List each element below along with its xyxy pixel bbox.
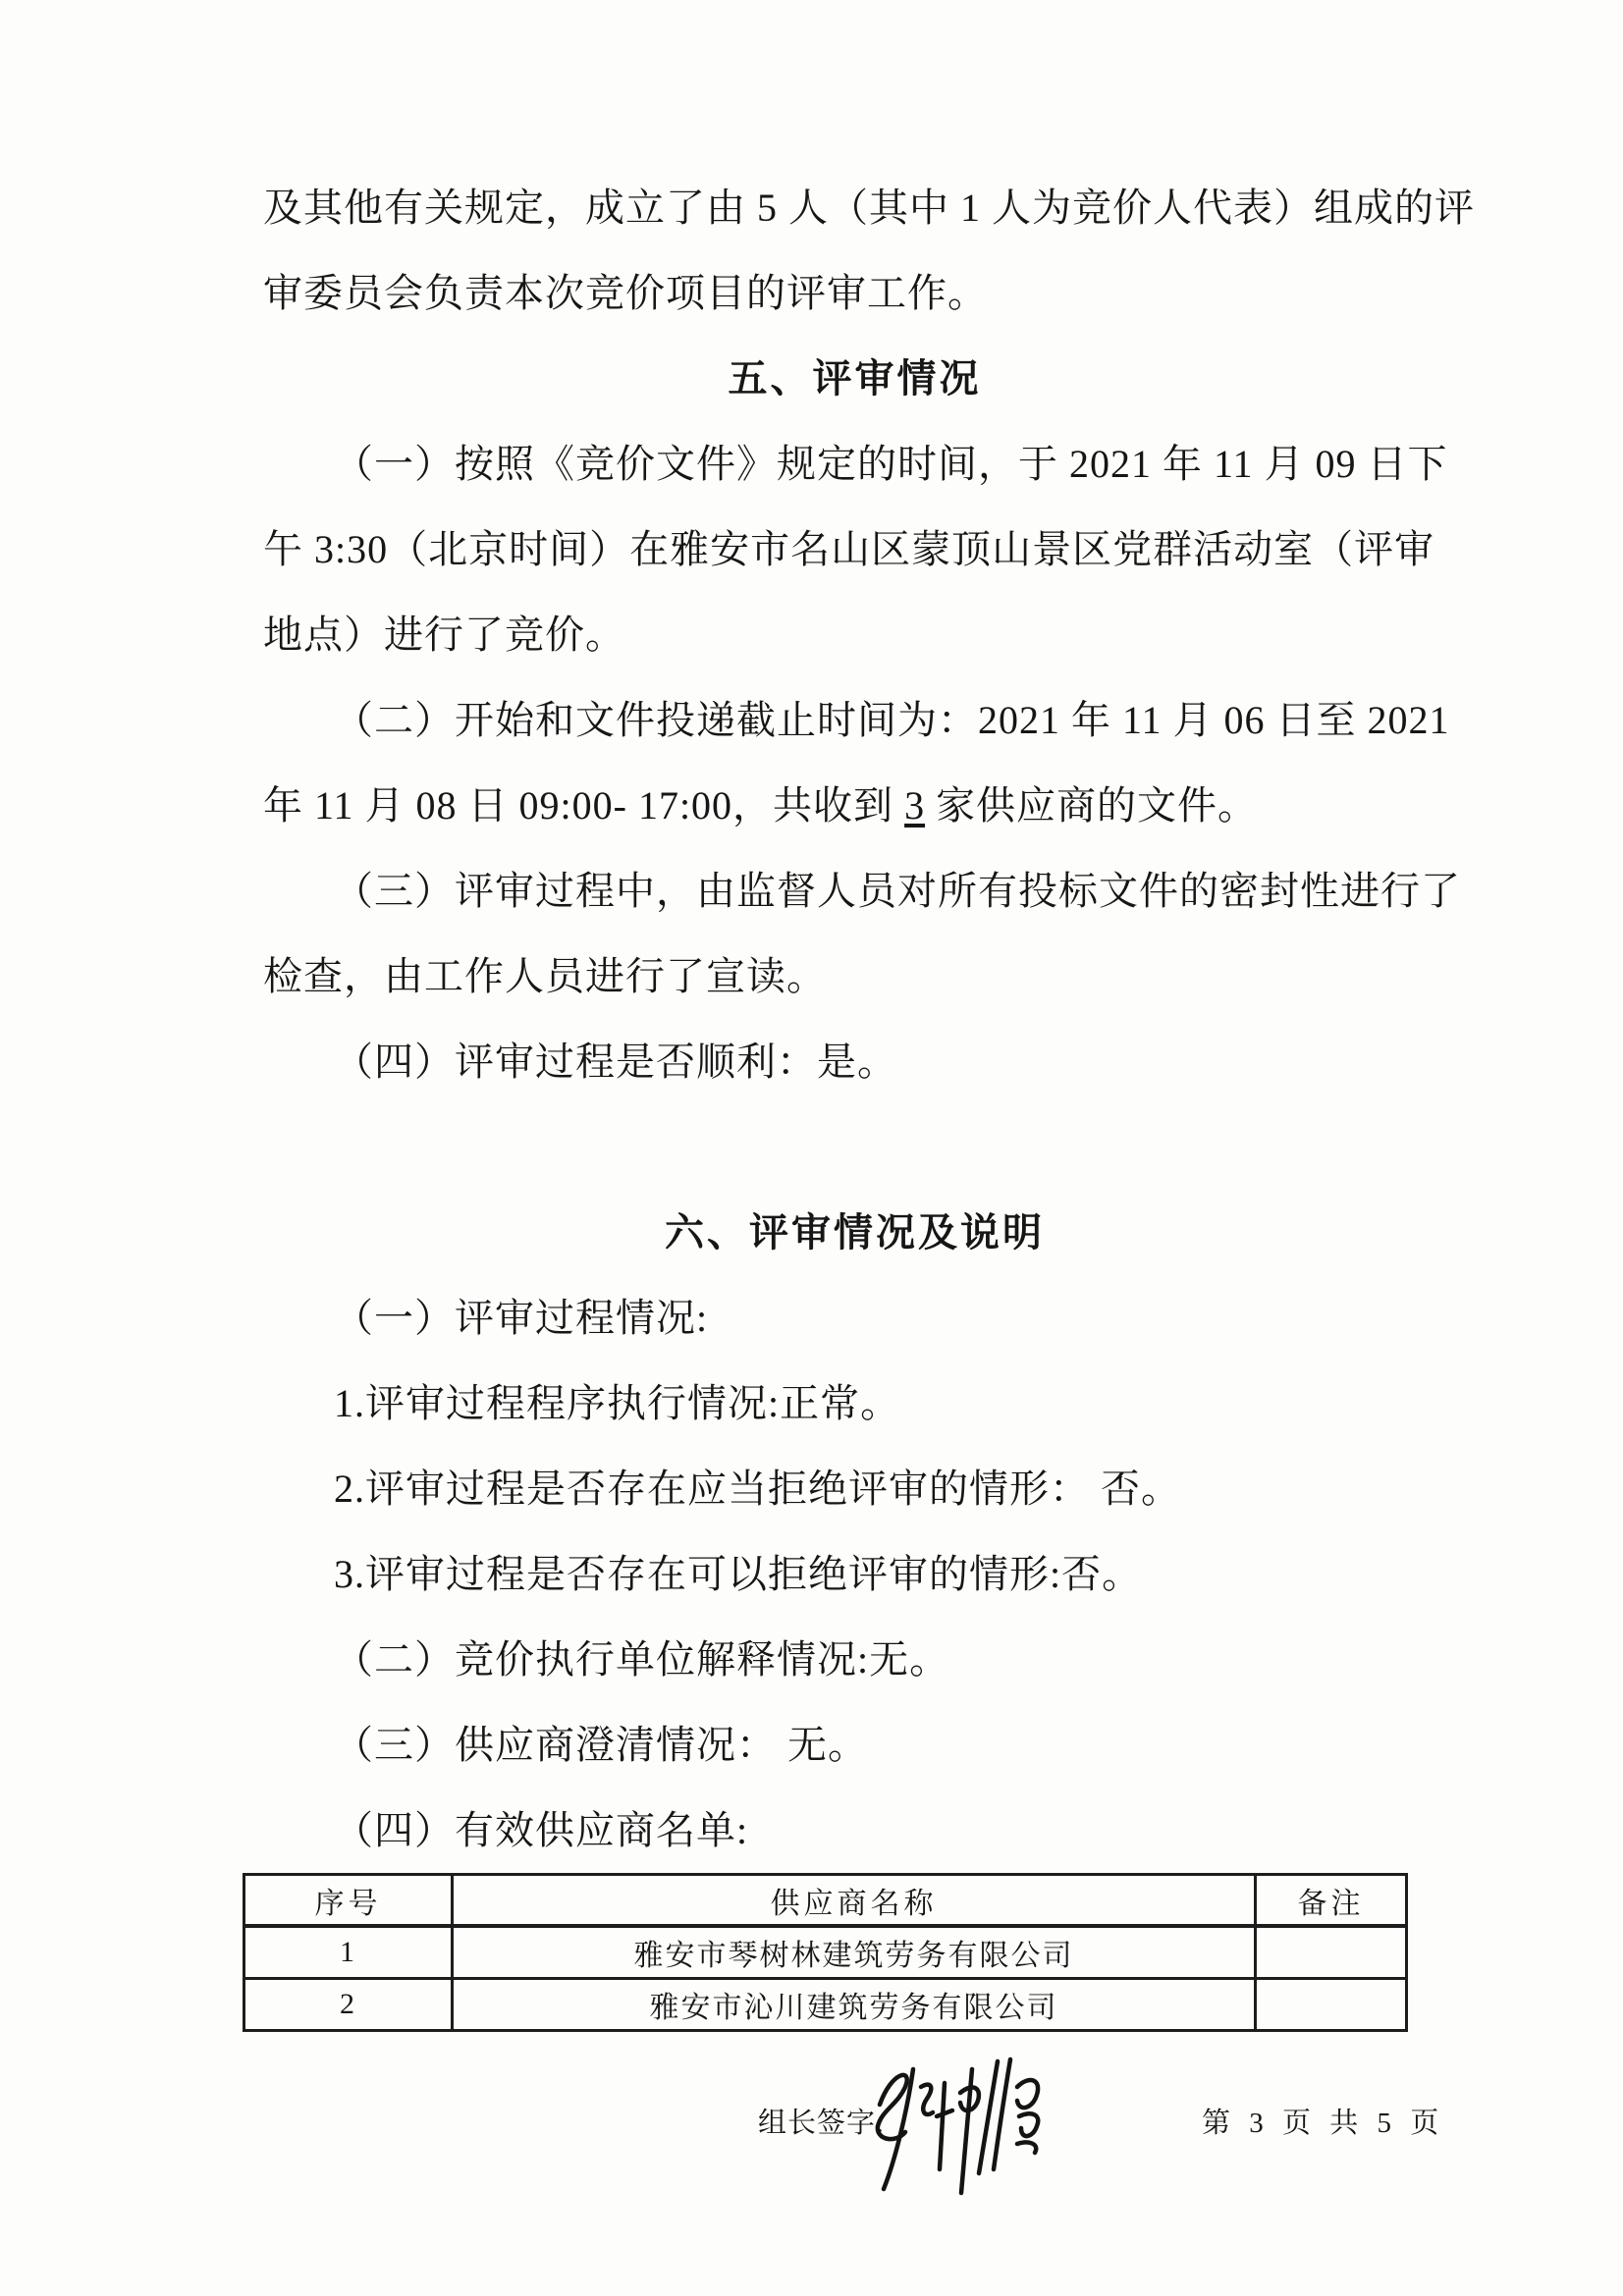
table-row: 2 雅安市沁川建筑劳务有限公司 [244,1979,1407,2031]
col-header-seq: 序号 [244,1875,453,1927]
section6-item1: （一）评审过程情况: [263,1275,1446,1361]
section5-heading: 五、评审情况 [263,336,1446,421]
section6-item4: （四）有效供应商名单: [263,1788,1446,1873]
supplier-table: 序号 供应商名称 备注 1 雅安市琴树林建筑劳务有限公司 2 雅安市沁川建筑劳务… [243,1873,1408,2032]
section6-item3: （三）供应商澄清情况： 无。 [263,1702,1446,1788]
col-header-supplier-name: 供应商名称 [453,1875,1256,1927]
section5-item1-line3: 地点）进行了竞价。 [263,592,1446,677]
cell-note [1256,1926,1407,1979]
section6-item1-sub3: 3.评审过程是否存在可以拒绝评审的情形:否。 [263,1531,1446,1617]
section5-item1-line2: 午 3:30（北京时间）在雅安市名山区蒙顶山景区党群活动室（评审 [263,507,1446,592]
section5-item4: （四）评审过程是否顺利：是。 [263,1019,1446,1104]
section5-item1-line1: （一）按照《竞价文件》规定的时间，于 2021 年 11 月 09 日下 [263,421,1446,507]
section5-item3-line2: 检查，由工作人员进行了宣读。 [263,934,1446,1019]
cell-supplier-name: 雅安市琴树林建筑劳务有限公司 [453,1926,1256,1979]
section5-item3-line1: （三）评审过程中，由监督人员对所有投标文件的密封性进行了 [263,848,1446,934]
cell-note [1256,1979,1407,2031]
section6-item2: （二）竞价执行单位解释情况:无。 [263,1617,1446,1702]
handwritten-signature [862,2054,1058,2220]
section6-item1-sub2: 2.评审过程是否存在应当拒绝评审的情形： 否。 [263,1446,1446,1531]
document-body: 及其他有关规定，成立了由 5 人（其中 1 人为竞价人代表）组成的评 审委员会负… [263,165,1446,2032]
intro-line-2: 审委员会负责本次竞价项目的评审工作。 [263,250,1446,336]
table-row: 1 雅安市琴树林建筑劳务有限公司 [244,1926,1407,1979]
section6-item1-sub1: 1.评审过程程序执行情况:正常。 [263,1361,1446,1446]
section5-item2-line2-post: 家供应商的文件。 [925,783,1258,828]
cell-seq: 2 [244,1979,453,2031]
section6-heading: 六、评审情况及说明 [263,1190,1446,1275]
intro-line-1: 及其他有关规定，成立了由 5 人（其中 1 人为竞价人代表）组成的评 [263,165,1446,250]
table-header-row: 序号 供应商名称 备注 [244,1875,1407,1927]
section5-item2-line1: （二）开始和文件投递截止时间为：2021 年 11 月 06 日至 2021 [263,677,1446,763]
cell-supplier-name: 雅安市沁川建筑劳务有限公司 [453,1979,1256,2031]
supplier-count-underlined: 3 [904,783,925,828]
document-page: 及其他有关规定，成立了由 5 人（其中 1 人为竞价人代表）组成的评 审委员会负… [0,0,1623,2296]
cell-seq: 1 [244,1926,453,1979]
section5-item2-line2: 年 11 月 08 日 09:00- 17:00，共收到 3 家供应商的文件。 [263,763,1446,848]
section5-item2-line2-pre: 年 11 月 08 日 09:00- 17:00，共收到 [263,783,904,828]
col-header-note: 备注 [1256,1875,1407,1927]
page-number-indicator: 第 3 页 共 5 页 [1202,2101,1444,2141]
spacer [263,1104,1446,1190]
